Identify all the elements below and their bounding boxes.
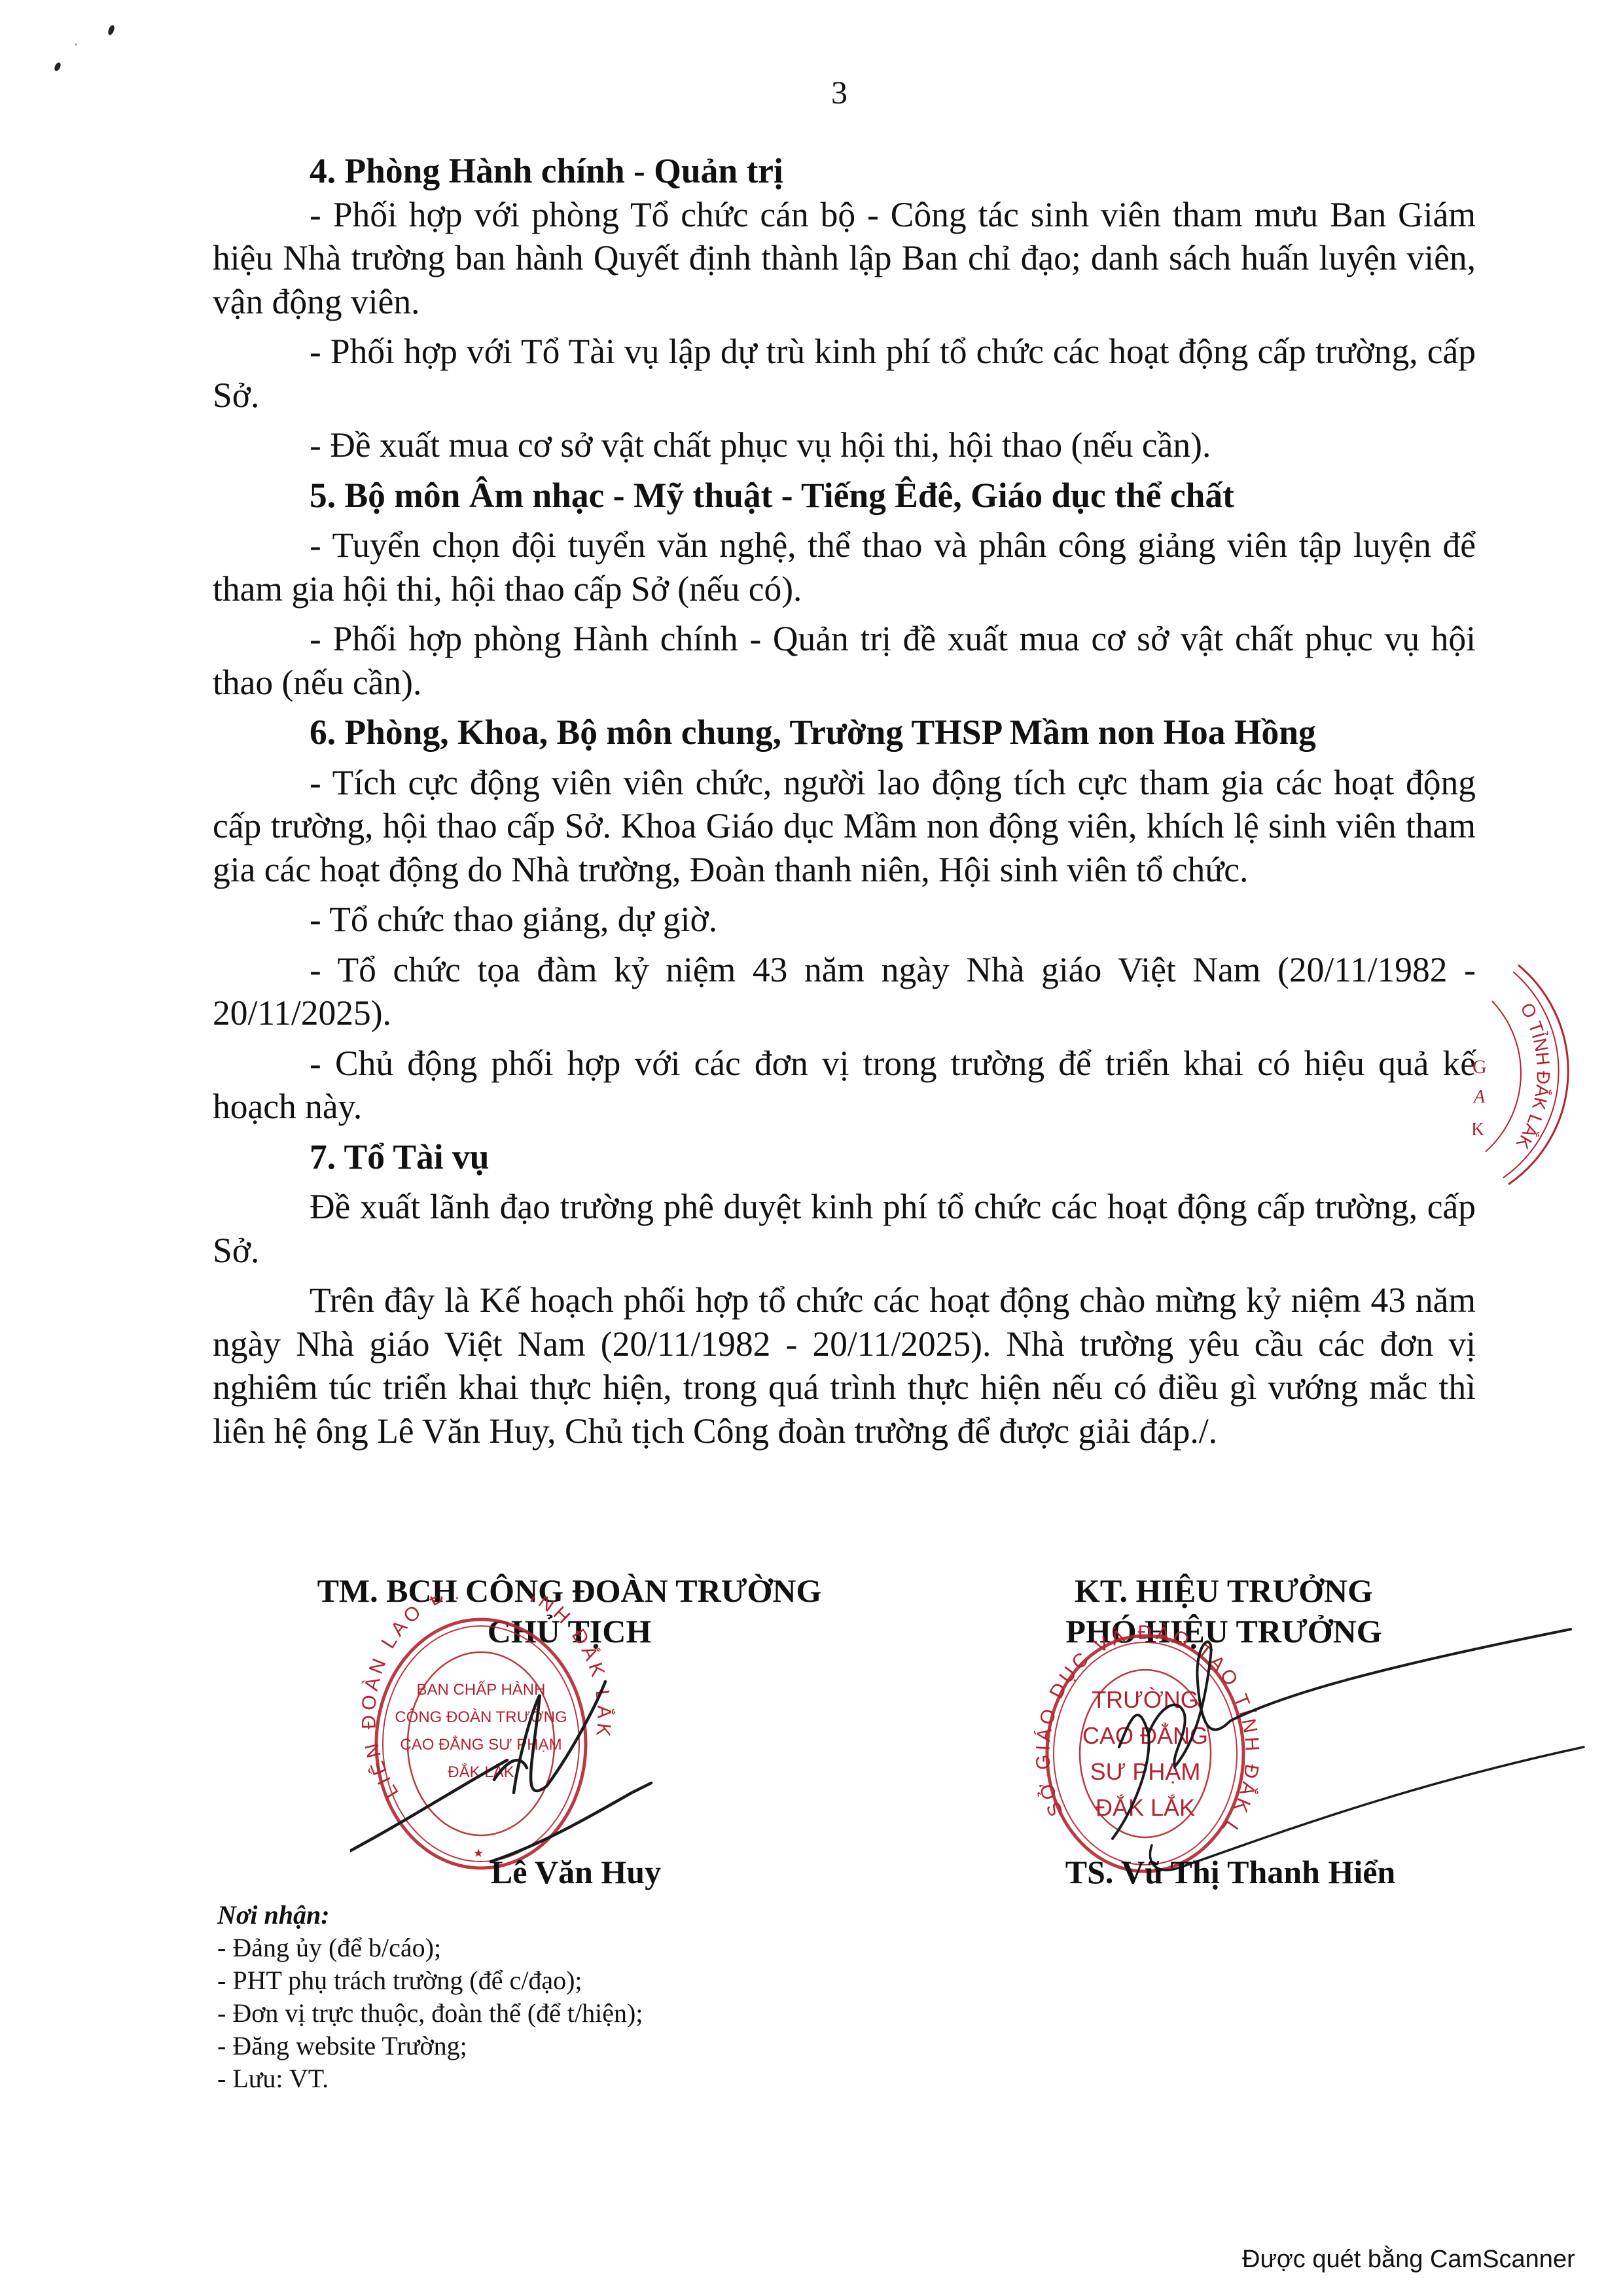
svg-text:K: K (1472, 1120, 1484, 1140)
school-stamp: SỞ GIÁO DỤC VÀ ĐÀO TẠO TỈNH ĐẮK LẮK TRƯỜ… (1034, 1616, 1623, 1891)
closing-paragraph: Trên đây là Kế hoạch phối hợp tổ chức cá… (213, 1279, 1476, 1453)
margin-stamp-fragment: O TỈNH ĐẮK LẮK G A K (1472, 955, 1623, 1191)
svg-text:CAO ĐẲNG SƯ PHẠM: CAO ĐẲNG SƯ PHẠM (400, 1735, 562, 1754)
paragraph: - Chủ động phối hợp với các đơn vị trong… (213, 1042, 1476, 1129)
recipients-list: Nơi nhận: - Đảng ủy (để b/cáo); - PHT ph… (217, 1899, 643, 2095)
paragraph: - Đề xuất mua cơ sở vật chất phục vụ hội… (213, 423, 1476, 467)
paragraph: Đề xuất lãnh đạo trường phê duyệt kinh p… (213, 1185, 1476, 1272)
section-heading: 5. Bộ môn Âm nhạc - Mỹ thuật - Tiếng Êđê… (213, 474, 1476, 518)
recipient-item: - Đơn vị trực thuộc, đoàn thể (để t/hiện… (217, 1997, 643, 2030)
paragraph: - Phối hợp với Tổ Tài vụ lập dự trù kinh… (213, 330, 1476, 417)
section-heading: 6. Phòng, Khoa, Bộ môn chung, Trường THS… (213, 711, 1476, 754)
paragraph: - Phối hợp với phòng Tổ chức cán bộ - Cô… (213, 193, 1476, 324)
document-body: 4. Phòng Hành chính - Quản trị - Phối hợ… (213, 149, 1476, 1453)
recipient-item: - Đăng website Trường; (217, 2030, 643, 2062)
paragraph: - Tích cực động viên viên chức, người la… (213, 761, 1476, 892)
signer-name-union: Lê Văn Huy (406, 1853, 746, 1891)
svg-text:A: A (1472, 1087, 1486, 1107)
signer-name-principal: TS. Vũ Thị Thanh Hiển (1021, 1853, 1440, 1891)
svg-text:ĐẮK LẮK: ĐẮK LẮK (1096, 1793, 1195, 1821)
recipient-item: - Lưu: VT. (217, 2062, 643, 2095)
paragraph: - Tổ chức thao giảng, dự giờ. (213, 898, 1476, 942)
camscanner-footer: Được quét bằng CamScanner (1242, 2246, 1575, 2274)
margin-stamp-inner: G (1472, 1056, 1487, 1078)
page-number: 3 (831, 73, 847, 111)
recipient-item: - PHT phụ trách trường (để c/đạo); (217, 1964, 643, 1997)
scan-specks (0, 0, 196, 131)
svg-text:BAN CHẤP HÀNH: BAN CHẤP HÀNH (417, 1680, 546, 1699)
section-heading: 4. Phòng Hành chính - Quản trị (213, 149, 1476, 193)
signature-title: KT. HIỆU TRƯỞNG (982, 1570, 1466, 1611)
margin-stamp-text: O TỈNH ĐẮK LẮK (1512, 1000, 1554, 1153)
svg-text:O TỈNH ĐẮK LẮK: O TỈNH ĐẮK LẮK (1512, 1000, 1554, 1153)
paragraph: - Phối hợp phòng Hành chính - Quản trị đ… (213, 617, 1476, 704)
recipients-title: Nơi nhận: (217, 1899, 643, 1932)
recipient-item: - Đảng ủy (để b/cáo); (217, 1932, 643, 1964)
section-heading: 7. Tổ Tài vụ (213, 1135, 1476, 1179)
paragraph: - Tổ chức tọa đàm kỷ niệm 43 năm ngày Nh… (213, 948, 1476, 1035)
svg-text:CÔNG ĐOÀN TRƯỜNG: CÔNG ĐOÀN TRƯỜNG (395, 1708, 567, 1726)
union-stamp: LIÊN ĐOÀN LAO ĐỘNG TỈNH ĐẮK LẮK BAN CHẤP… (350, 1597, 664, 1898)
paragraph: - Tuyển chọn đội tuyển văn nghệ, thể tha… (213, 523, 1476, 610)
